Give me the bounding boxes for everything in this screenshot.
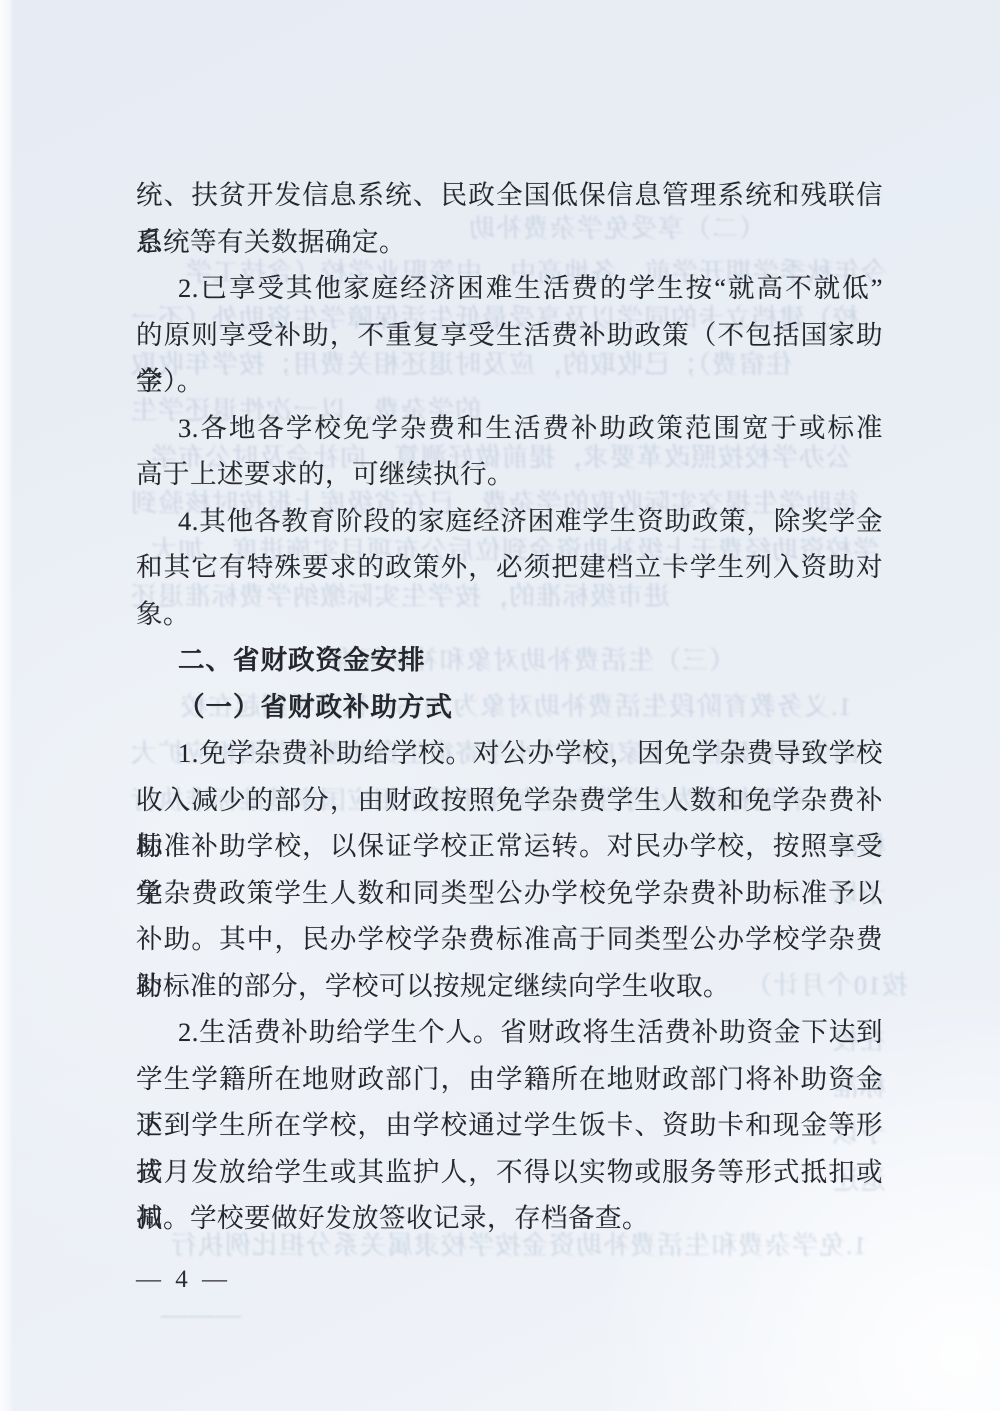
text-line: 达到学生所在学校，由学校通过学生饭卡、资助卡和现金等形式 — [136, 1102, 883, 1149]
text-line: 标准补助学校，以保证学校正常运转。对民办学校，按照享受免 — [136, 823, 883, 870]
text-line: 象。 — [136, 591, 883, 638]
text-line: 系统等有关数据确定。 — [136, 219, 883, 266]
scan-edge-strip — [0, 0, 13, 1411]
text-line: 学生学籍所在地财政部门，由学籍所在地财政部门将补助资金下 — [136, 1056, 883, 1103]
bleedthrough-line: ——— — [160, 1300, 241, 1330]
text-line: 学杂费政策学生人数和同类型公办学校免学杂费补助标准予以 — [136, 870, 883, 917]
text-line: 助标准的部分，学校可以按规定继续向学生收取。 — [136, 963, 883, 1010]
text-line: 2.生活费补助给学生个人。省财政将生活费补助资金下达到 — [136, 1009, 883, 1056]
text-line: 和其它有特殊要求的政策外，必须把建档立卡学生列入资助对 — [136, 544, 883, 591]
text-line: 的原则享受补助，不重复享受生活费补助政策（不包括国家助学 — [136, 312, 883, 359]
text-line: 金）。 — [136, 358, 883, 405]
text-line: 高于上述要求的，可继续执行。 — [136, 451, 883, 498]
heading-line: （一）省财政补助方式 — [136, 684, 883, 731]
page-number: — 4 — — [136, 1266, 231, 1294]
text-line: 收入减少的部分，由财政按照免学杂费学生人数和免学杂费补助 — [136, 777, 883, 824]
heading-line: 二、省财政资金安排 — [136, 637, 883, 684]
scanned-document-page: （二）享受免学杂费补助今年秋季学期开学前，各地高中、中等职业学校（含技工学校）建… — [0, 0, 1000, 1411]
text-line: 按月发放给学生或其监护人，不得以实物或服务等形式抵扣或扣 — [136, 1149, 883, 1196]
document-body: 统、扶贫开发信息系统、民政全国低保信息管理系统和残联信息系统等有关数据确定。2.… — [136, 172, 883, 1242]
text-line: 补助。其中，民办学校学杂费标准高于同类型公办学校学杂费补 — [136, 916, 883, 963]
text-line: 1.免学杂费补助给学校。对公办学校，因免学杂费导致学校 — [136, 730, 883, 777]
text-line: 3.各地各学校免学杂费和生活费补助政策范围宽于或标准 — [136, 405, 883, 452]
text-line: 2.已享受其他家庭经济困难生活费的学生按“就高不就低” — [136, 265, 883, 312]
text-line: 减。学校要做好发放签收记录，存档备查。 — [136, 1195, 883, 1242]
text-line: 4.其他各教育阶段的家庭经济困难学生资助政策，除奖学金 — [136, 498, 883, 545]
text-line: 统、扶贫开发信息系统、民政全国低保信息管理系统和残联信息 — [136, 172, 883, 219]
